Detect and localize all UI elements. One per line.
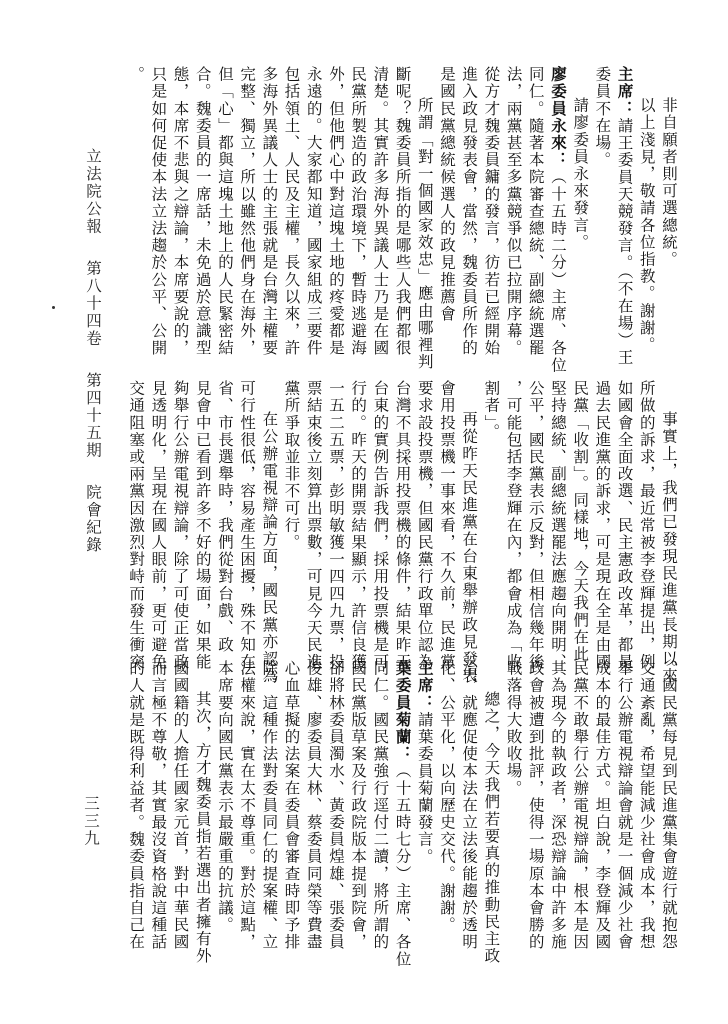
text-column: 會用投票機一事來看，不久前，民進黨 — [436, 380, 458, 648]
text-column: 清楚。其實許多海外異議人士乃是在國 — [369, 66, 391, 318]
text-column: 如國會全面改選、民主憲政改革，都是 — [613, 380, 635, 648]
lower-text-block: 事實上，我們已發現民進黨長期以來所做的訴求，最近常被李登輝提出，例如國會全面改選… — [48, 380, 680, 648]
bottom-text-block: 。國民黨每見到民進黨集會遊行就抱怨交通紊亂，希望能減少社會成本，我想舉行公辦電視… — [48, 660, 680, 910]
text-column: 舉行公辦電視辯論會就是一個減少社會 — [613, 660, 635, 910]
speaker-name: 主席： — [416, 660, 435, 711]
text-column: 法，兩黨甚至多黨競爭似已拉開序幕。 — [502, 66, 524, 318]
text-column: 除，這種作法對委員同仁的提案權、立 — [258, 660, 280, 910]
text-column: 態，本席不悲與之辯論，本席要說的， — [169, 66, 191, 318]
text-column: 行的。昨天的開票結果顯示，許信良獲 — [347, 380, 369, 648]
text-column: 完整、獨立，所以雖然他們身在海外， — [236, 66, 258, 318]
text-column: 黨所爭取並非不可行。 — [280, 380, 302, 648]
text-column: 主席：請葉委員菊蘭發言。 — [414, 660, 436, 910]
text-column: 主席：請王委員天競發言。（不在場）王 — [613, 66, 635, 318]
text-column: 非自願者則可選總統。 — [658, 66, 680, 318]
text-column: 俊雄、廖委員大林、蔡委員同榮等費盡 — [303, 660, 325, 910]
speaker-name: 葉委員菊蘭： — [394, 660, 413, 763]
text-column: 票結束後立刻算出票數，可見今天民進 — [303, 380, 325, 648]
text-column: 總之，今天我們若要真的推動民主政 — [480, 660, 502, 910]
text-column: 政會被遭到批評，使得一場原本會勝的 — [525, 660, 547, 910]
text-column: 在公辦電視辯論方面，國民黨亦認為 — [258, 380, 280, 648]
text-column: 以上淺見，敬請各位指教。謝謝。 — [636, 66, 658, 318]
text-column: 廖委員永來：（十五時二分）主席、各位 — [547, 66, 569, 318]
text-column: 委員不在場。 — [591, 66, 613, 318]
text-column: 夠舉行公辦電視辯論，除了可使正當政 — [169, 380, 191, 648]
text-column: 戰落得大敗收場。 — [502, 660, 524, 910]
text-column: 台灣不具採用投票機的條件，結果昨天 — [391, 380, 413, 648]
text-column: 葉委員菊蘭：（十五時七分）主席、各位 — [391, 660, 413, 910]
text-column: 合。魏委員的一席話，未免過於意識型 — [192, 66, 214, 318]
text-column: 的人就是既得利益者。魏委員指自己在 — [125, 660, 147, 910]
speaker-name: 主席： — [616, 66, 635, 117]
text-column: 再從昨天民進黨在台東舉辦政見發表 — [458, 380, 480, 648]
text-column: 。國民黨每見到民進黨集會遊行就抱怨 — [658, 660, 680, 910]
text-column: 台東的實例告訴我們，採用投票機是可 — [369, 380, 391, 648]
speaker-name: 廖委員永來： — [549, 66, 568, 169]
text-column: 要求設投票機，但國民黨行政單位認為 — [414, 380, 436, 648]
text-column: 請廖委員永來發言。 — [569, 66, 591, 318]
text-column: 見會中已看到許多不好的場面，如果能 — [192, 380, 214, 648]
text-column: 同仁。隨著本院審查總統、副總統選罷 — [525, 66, 547, 318]
text-column: 法權來說，實在太不尊重。對於這點， — [236, 660, 258, 910]
text-column: 心血草擬的法案在委員會審查時即予排 — [280, 660, 302, 910]
text-column: 公平，國民黨表示反對，但相信幾年後 — [525, 380, 547, 648]
text-column: 同仁。國民黨強行逕付二讀，將所謂的 — [369, 660, 391, 910]
text-column: 而言極不尊敬，其實最沒資格說這種話 — [147, 660, 169, 910]
text-column: 卻將林委員濁水、黃委員煌雄、張委員 — [325, 660, 347, 910]
text-column: 化、公平化，以向歷史交代。謝謝。 — [436, 660, 458, 910]
text-column: 包括領土、人民及主權，長久以來，許 — [280, 66, 302, 318]
text-column: 事實上，我們已發現民進黨長期以來 — [658, 380, 680, 648]
text-column: 過去民進黨的訴求，可是現在全是由國 — [591, 380, 613, 648]
text-column: 割者」。 — [480, 380, 502, 648]
text-column: 斷呢？魏委員所指的是哪些人我們都很 — [391, 66, 413, 318]
text-column: 但「心」都與這塊土地上的人民緊密結 — [214, 66, 236, 318]
text-column: 省、市長選舉時，我們從對台戲、政 — [214, 380, 236, 648]
text-column: 。 — [125, 66, 147, 318]
text-column: 可行性很低，容易產生困擾，殊不知在 — [236, 380, 258, 648]
text-column: 民黨「收割」。同樣地，今天我們在此 — [569, 380, 591, 648]
text-column: 外，但他們心中對這塊土地的疼愛都是 — [325, 66, 347, 318]
text-column: 所做的訴求，最近常被李登輝提出，例 — [636, 380, 658, 648]
text-column: 進入政見發表會，當然，魏委員所作的 — [458, 66, 480, 318]
text-column: 其為現今的執政者，深恐辯論中許多施 — [547, 660, 569, 910]
text-column: 所謂「對一個國家效忠」應由哪裡判 — [414, 66, 436, 318]
text-column: 從方才魏委員鏞的發言，彷若已經開始 — [480, 66, 502, 318]
text-column: 交通阻塞或兩黨因激烈對峙而發生衝突 — [125, 380, 147, 648]
text-column: 民黨所製造的政治環境下，暫時逃避海 — [347, 66, 369, 318]
text-column: 是國民黨總統候選人的政見推薦會 — [436, 66, 458, 318]
text-column: 治，就應促使本法在立法後能趨於透明 — [458, 660, 480, 910]
text-column: 國國籍的人擔任國家元首，對中華民國 — [169, 660, 191, 910]
text-column: 其次，方才魏委員指若選出者擁有外 — [192, 660, 214, 910]
text-column: 交通紊亂，希望能減少社會成本，我想 — [636, 660, 658, 910]
text-column: 永遠的。大家都知道，國家組成三要件 — [303, 66, 325, 318]
text-column: 民黨不敢舉行公辦電視辯論，根本是因 — [569, 660, 591, 910]
text-column: 一五二五票，彭明敏獲一四四九票，投 — [325, 380, 347, 648]
text-column: 國民黨版草案及行政院版本提到院會， — [347, 660, 369, 910]
upper-text-block: 非自願者則可選總統。以上淺見，敬請各位指教。謝謝。主席：請王委員天競發言。（不在… — [48, 66, 680, 318]
text-column: 只是如何促使本法立法趨於公平、公開 — [147, 66, 169, 318]
text-column: 見透明化，呈現在國人眼前，更可避免 — [147, 380, 169, 648]
text-column: ，可能包括李登輝在內，都會成為「收 — [502, 380, 524, 648]
text-column: 多海外異議人士的主張就是台灣主權要 — [258, 66, 280, 318]
text-column: 堅持總統、副總統選罷法應趨向開明、 — [547, 380, 569, 648]
text-column: 成本的最佳方式。坦白說，李登輝及國 — [591, 660, 613, 910]
text-column: 本席要向國民黨表示最嚴重的抗議。 — [214, 660, 236, 910]
